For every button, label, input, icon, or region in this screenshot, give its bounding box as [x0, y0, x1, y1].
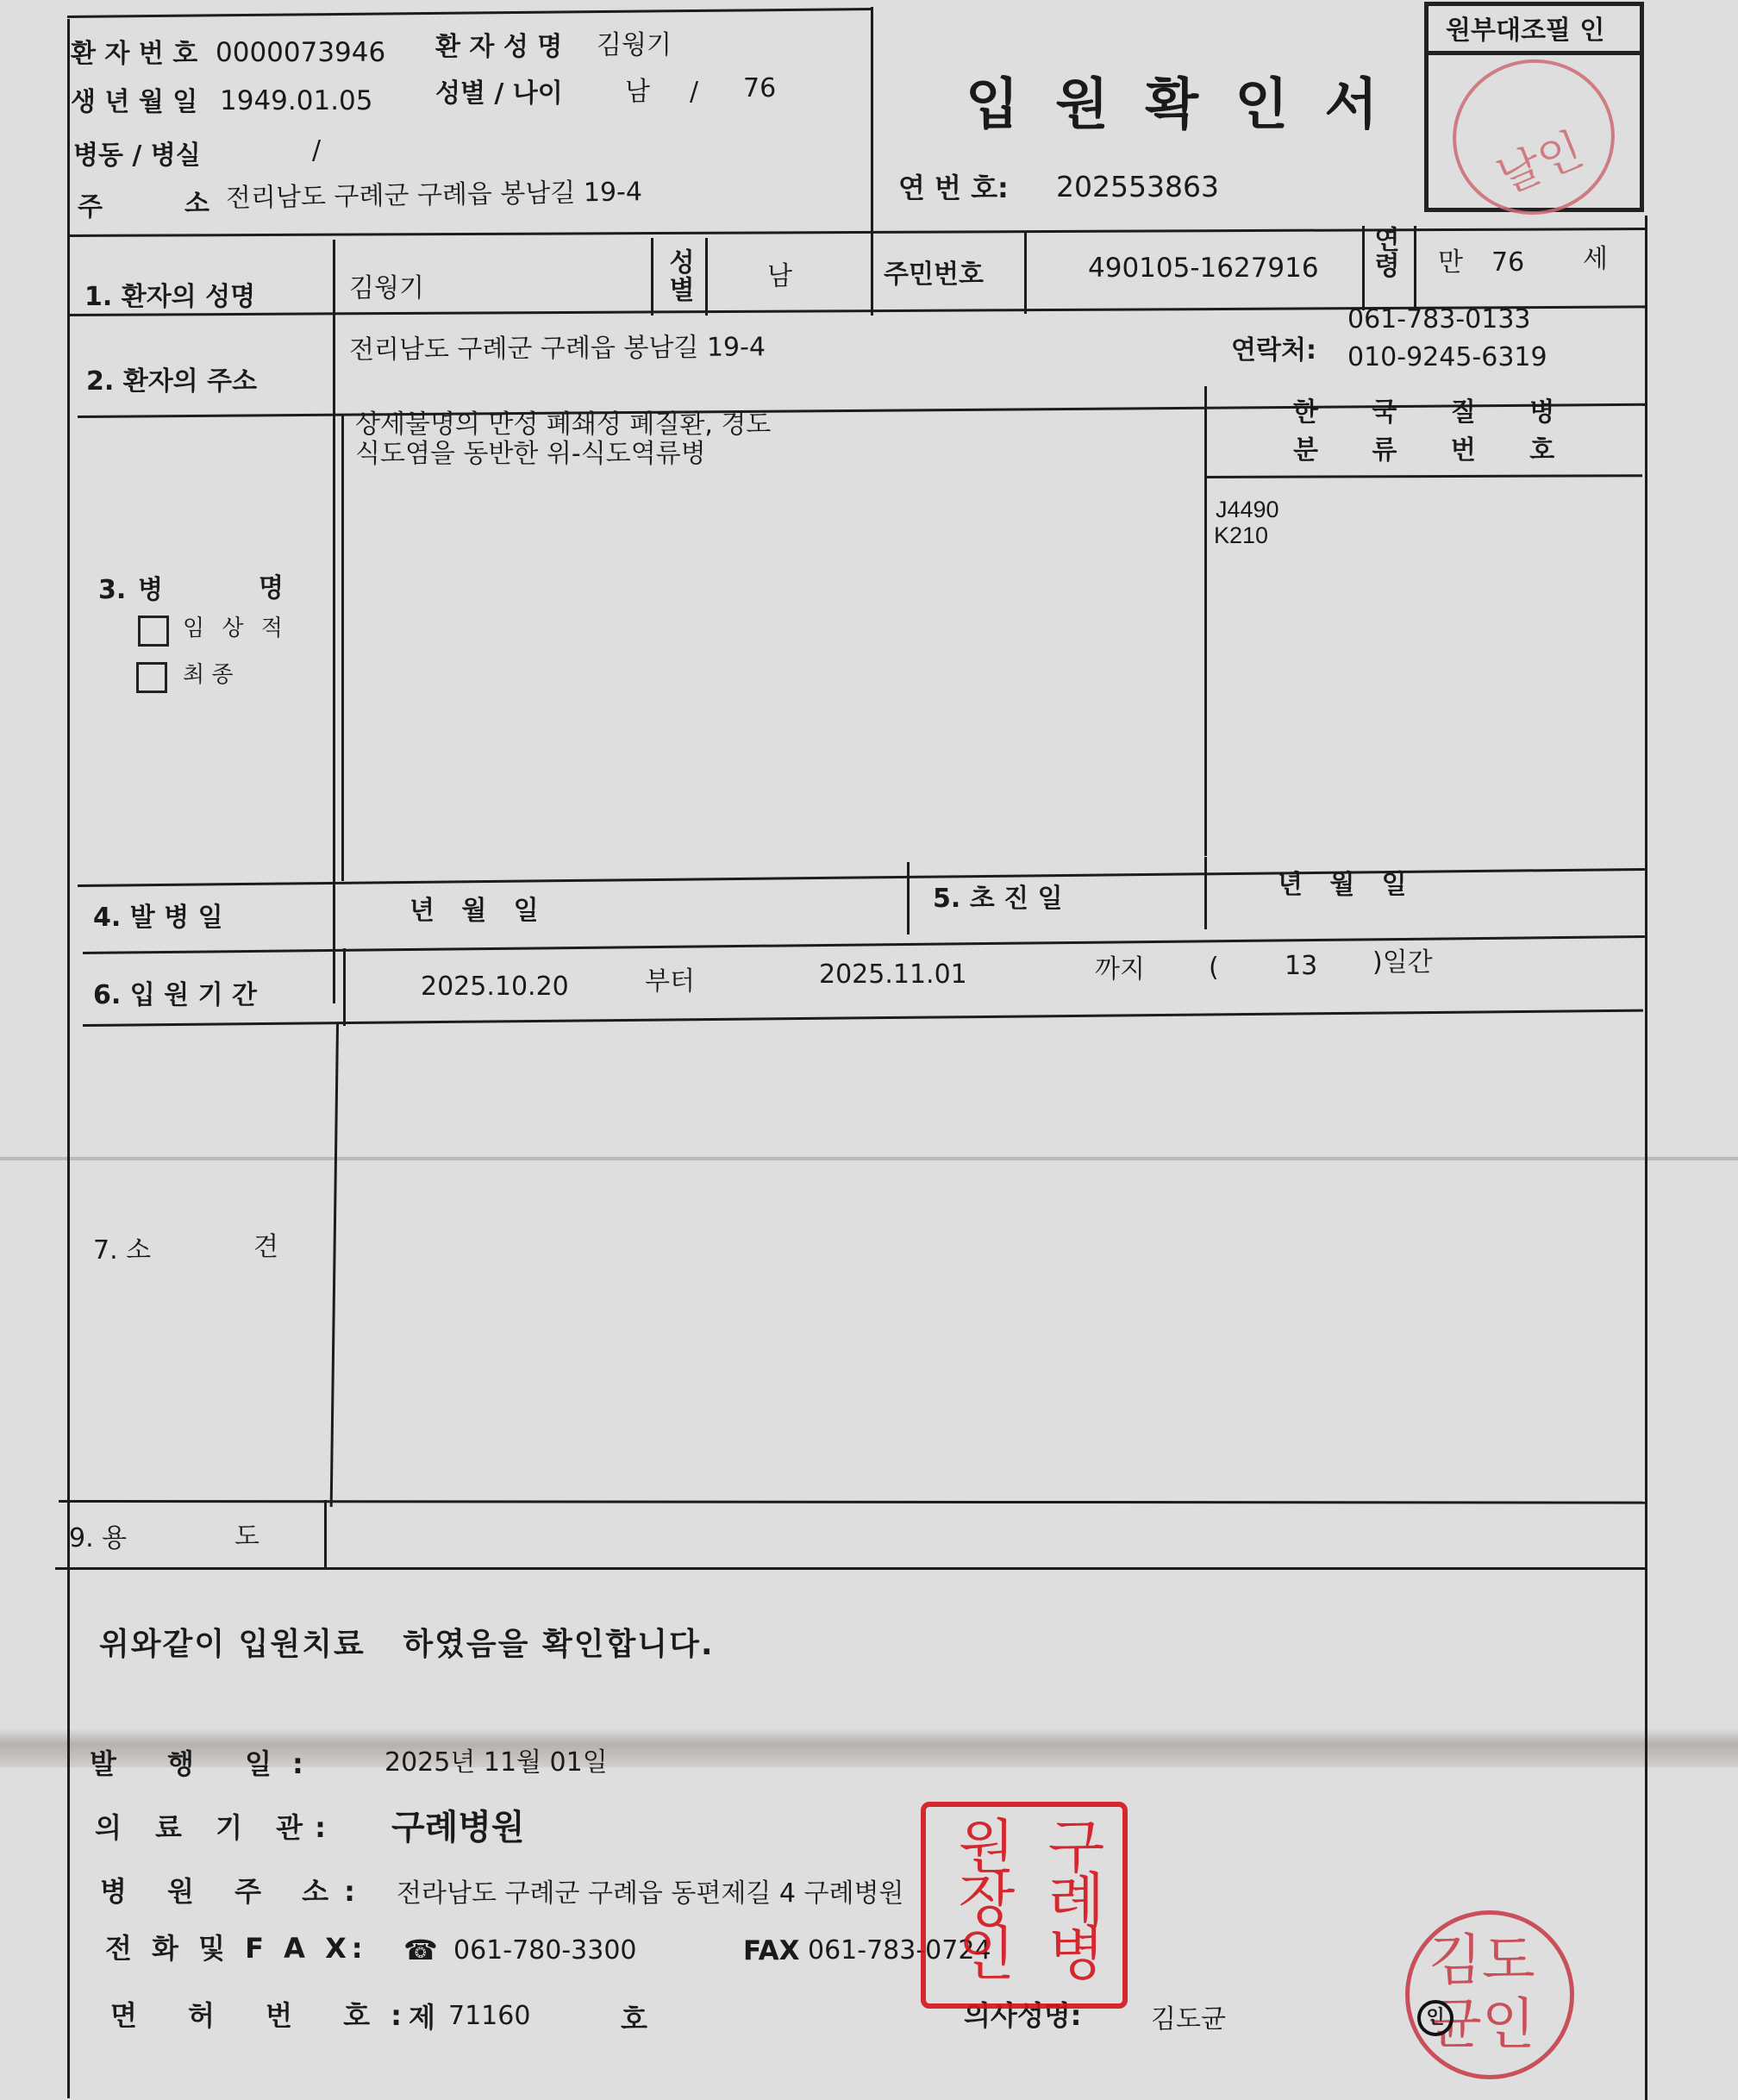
patient-no-label: 환 자 번 호	[71, 41, 197, 67]
admission-from: 2025.10.20	[421, 974, 569, 1000]
serial-no: 202553863	[1056, 172, 1219, 201]
hospital-seal-icon: 구례병원장인	[921, 1802, 1128, 2009]
row2-address: 전리남도 구례군 구례읍 봉남길 19-4	[349, 334, 766, 363]
verify-stamp-box: 원부대조필 인 날인	[1424, 2, 1644, 212]
kcd-code-2: K210	[1214, 524, 1268, 547]
row1-age-label: 연령	[1371, 226, 1397, 278]
verify-stamp-label: 원부대조필 인	[1446, 18, 1604, 44]
header-address: 전리남도 구례군 구례읍 봉남길 19-4	[226, 179, 642, 212]
purpose-content	[336, 1507, 1629, 1560]
doctor-seal-icon: 김도 균인	[1405, 1910, 1574, 2079]
verify-seal-text: 날인	[1491, 127, 1589, 201]
institution-label: 의 료 기 관:	[95, 1814, 338, 1841]
ward-sep: /	[312, 138, 321, 164]
row1-sex: 남	[767, 264, 792, 290]
clinical-option-label: 임 상 적	[183, 617, 288, 640]
row1-age: 76	[1491, 250, 1524, 276]
row3-label-num: 3.	[98, 578, 126, 603]
diagnosis-line-1: 상세불명의 만성 폐쇄성 폐질환, 경도	[355, 412, 771, 438]
phone-icon: ☎	[403, 1936, 438, 1964]
doctor-seal-line-1: 김도	[1429, 1934, 1535, 1989]
kcd-code-1: J4490	[1216, 498, 1279, 522]
row1-rrn: 490105-1627916	[1088, 255, 1319, 282]
fax-label: FAX	[743, 1938, 800, 1965]
row2-phone1: 061-783-0133	[1347, 307, 1531, 333]
opinion-content	[353, 1034, 1629, 1491]
institution-name: 구례병원	[391, 1810, 525, 1845]
serial-no-label: 연 번 호:	[898, 174, 1009, 202]
row5-label: 5. 초 진 일	[933, 886, 1063, 912]
license-no: 71160	[448, 2003, 530, 2029]
patient-no: 0000073946	[216, 40, 385, 66]
ward-label: 병동 / 병실	[73, 143, 201, 169]
hospital-seal-text: 구례병원장인	[960, 1816, 1116, 2003]
address-label-2: 소	[184, 191, 209, 217]
kcd-header-line-1: 한 국 질 병	[1293, 400, 1577, 426]
row4-label: 4. 발 병 일	[93, 905, 223, 931]
row3-label-a: 병	[138, 578, 163, 603]
admission-days: 13	[1285, 953, 1317, 979]
row2-phone2: 010-9245-6319	[1347, 345, 1547, 371]
header-sex-age-sep: /	[690, 79, 698, 105]
seal-mark-icon: 인	[1417, 2000, 1454, 2036]
row1-age-prefix: 만	[1438, 250, 1463, 276]
seal-mark-text: 인	[1426, 2007, 1444, 2028]
address-label-1: 주	[78, 195, 103, 221]
clinical-checkbox[interactable]	[138, 616, 169, 647]
sex-age-label: 성별 / 나이	[435, 81, 563, 107]
hospital-address: 전라남도 구례군 구례읍 동편제길 4 구례병원	[397, 1881, 903, 1907]
tel-fax-label: 전 화 및 F A X:	[105, 1934, 368, 1962]
verify-seal-icon: 날인	[1441, 47, 1627, 228]
license-suffix: 호	[621, 2005, 647, 2033]
kcd-header-line-2: 분 류 번 호	[1293, 438, 1577, 464]
first-visit-date: 년 월 일	[1278, 872, 1407, 898]
row1-name: 김웡기	[349, 276, 424, 302]
row7-label-a: 7. 소	[93, 1238, 151, 1264]
row9-label-b: 도	[234, 1524, 259, 1550]
onset-date: 년 월 일	[409, 898, 539, 924]
diagnosis-line-2: 식도염을 동반한 위-식도역류병	[355, 441, 706, 467]
issue-date-label: 발 행 일:	[90, 1750, 324, 1778]
patient-name-label: 환 자 성 명	[435, 34, 562, 60]
row3-label-b: 명	[259, 576, 284, 602]
header-sex: 남	[625, 79, 650, 105]
header-age: 76	[743, 76, 776, 102]
issue-date: 2025년 11월 01일	[384, 1750, 608, 1776]
row1-label: 1. 환자의 성명	[84, 284, 255, 310]
license-label: 면 허 번 호:	[110, 2002, 422, 2029]
row1-sex-label: 성별	[666, 248, 691, 303]
patient-name: 김웡기	[597, 33, 672, 59]
days-paren-open: (	[1209, 955, 1219, 981]
days-suffix: )일간	[1372, 950, 1433, 976]
row6-label: 6. 입 원 기 간	[93, 983, 257, 1009]
hospital-address-label: 병 원 주 소:	[100, 1878, 371, 1905]
admission-from-suffix: 부터	[645, 969, 695, 995]
license-prefix: 제	[409, 2003, 435, 2031]
row9-label-a: 9. 용	[69, 1526, 127, 1552]
row1-age-suffix: 세	[1583, 247, 1608, 272]
admission-to-suffix: 까지	[1095, 957, 1145, 983]
document-title: 입 원 확 인 서	[966, 78, 1386, 133]
row2-contact-label: 연락처:	[1231, 338, 1316, 364]
final-checkbox[interactable]	[136, 662, 167, 693]
row2-label: 2. 환자의 주소	[86, 369, 257, 395]
row1-rrn-label: 주민번호	[884, 262, 984, 288]
birth-date: 1949.01.05	[220, 88, 373, 115]
confirmation-statement: 위와같이 입원치료 하였음을 확인합니다.	[99, 1629, 715, 1660]
admission-to: 2025.11.01	[819, 962, 967, 988]
row7-label-b: 견	[253, 1234, 278, 1260]
birth-label: 생 년 월 일	[71, 90, 197, 116]
doctor-name: 김도균	[1151, 2007, 1226, 2033]
hospital-phone: 061-780-3300	[453, 1938, 637, 1964]
final-option-label: 최 종	[183, 664, 234, 686]
